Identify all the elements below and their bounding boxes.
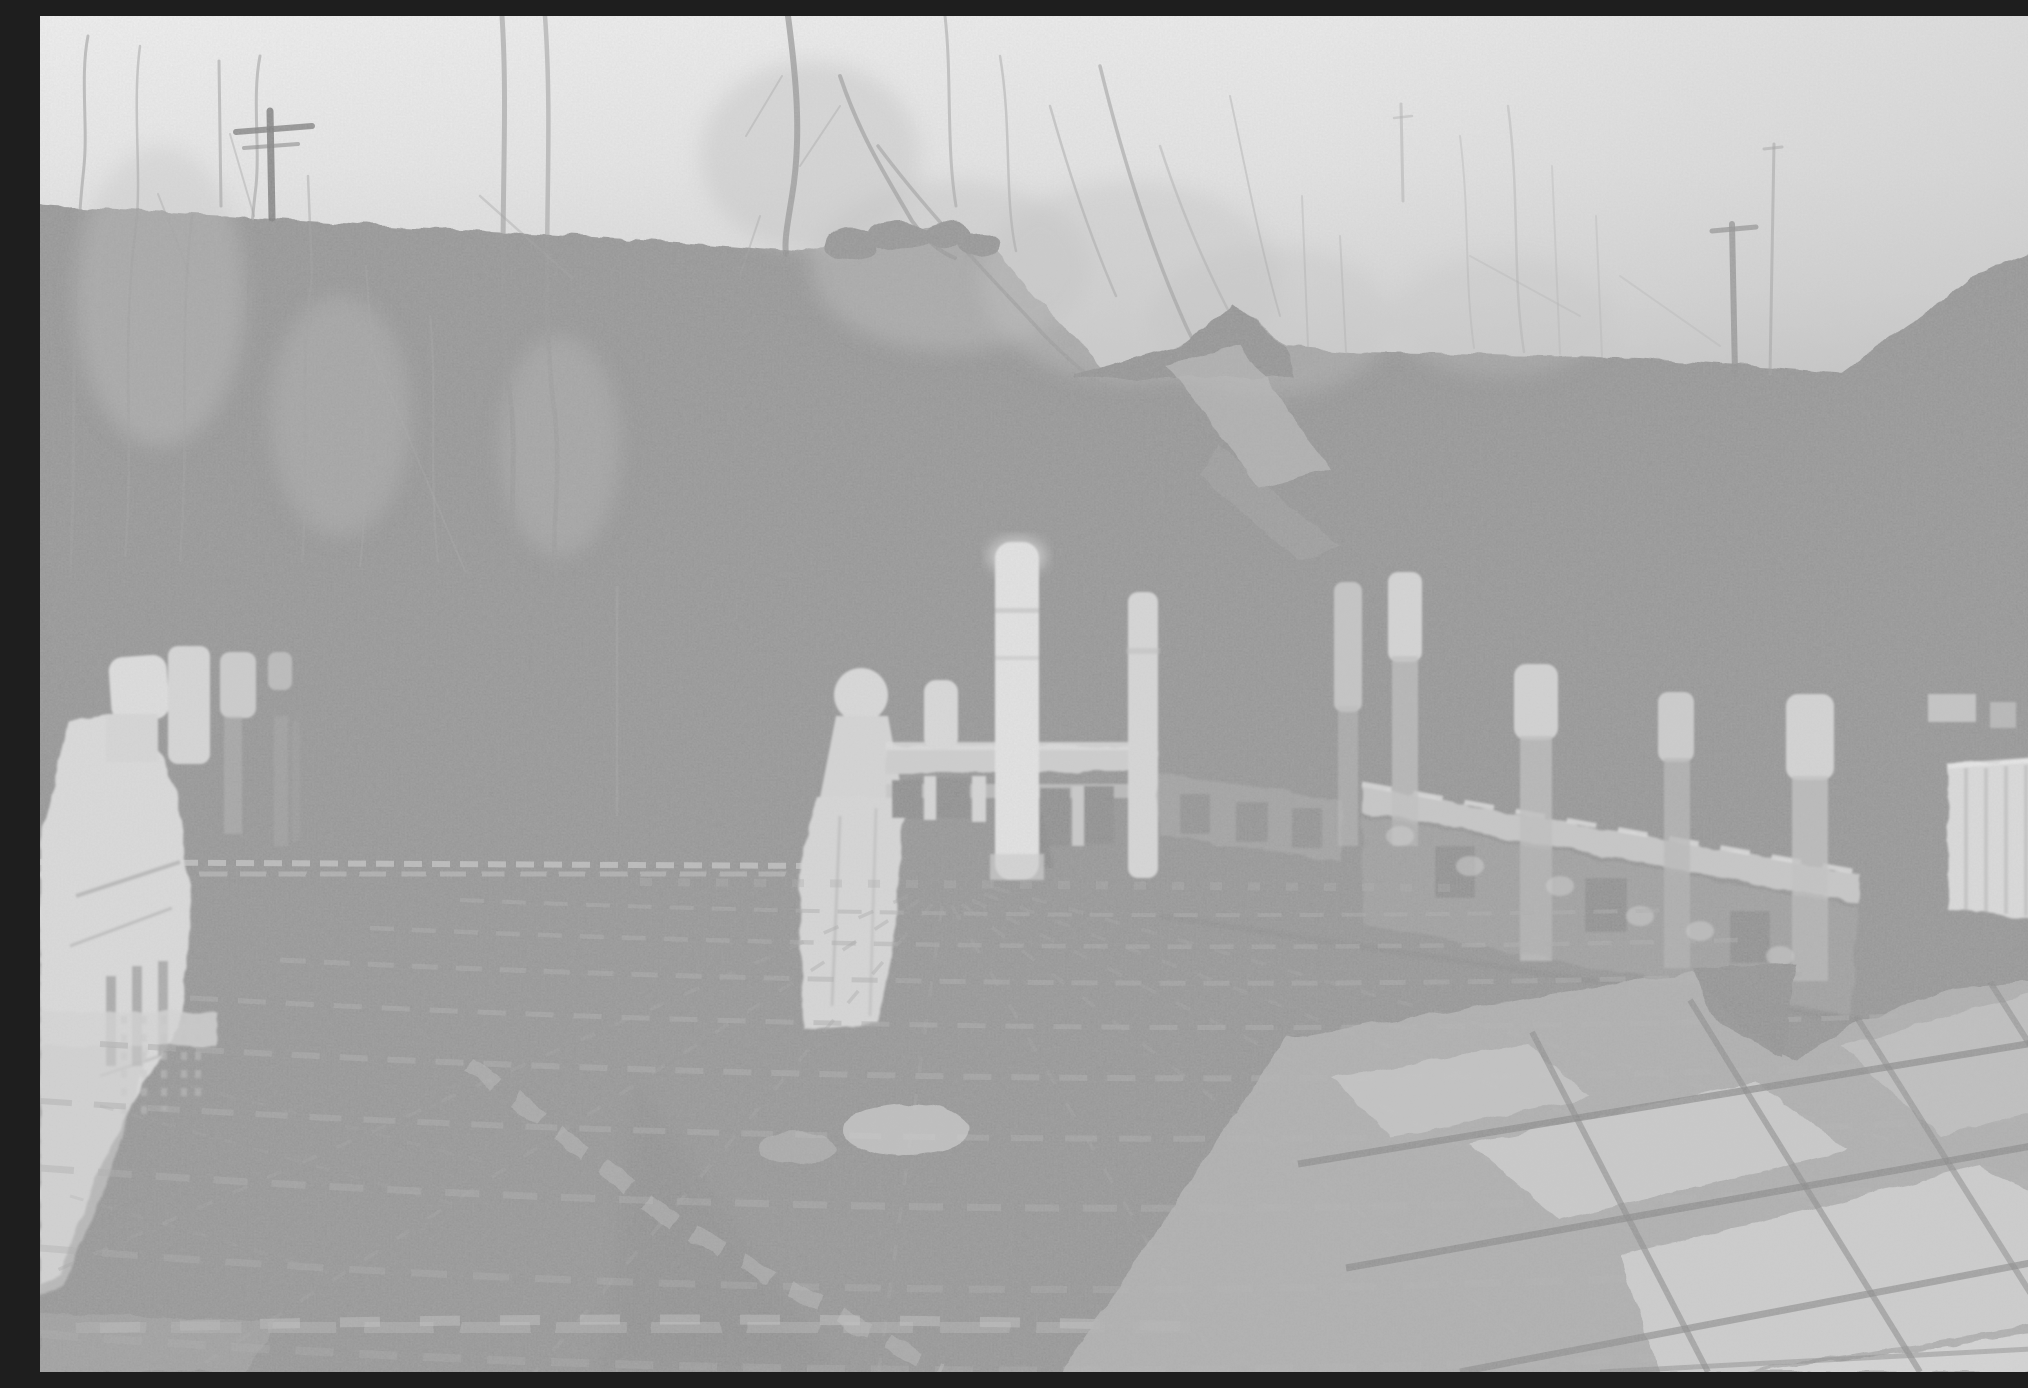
halftone-grain-coarse	[40, 16, 2028, 1372]
scene-svg: Grainy black-and-white halftone photogra…	[40, 16, 2028, 1372]
photograph: Grainy black-and-white halftone photogra…	[40, 16, 2028, 1372]
